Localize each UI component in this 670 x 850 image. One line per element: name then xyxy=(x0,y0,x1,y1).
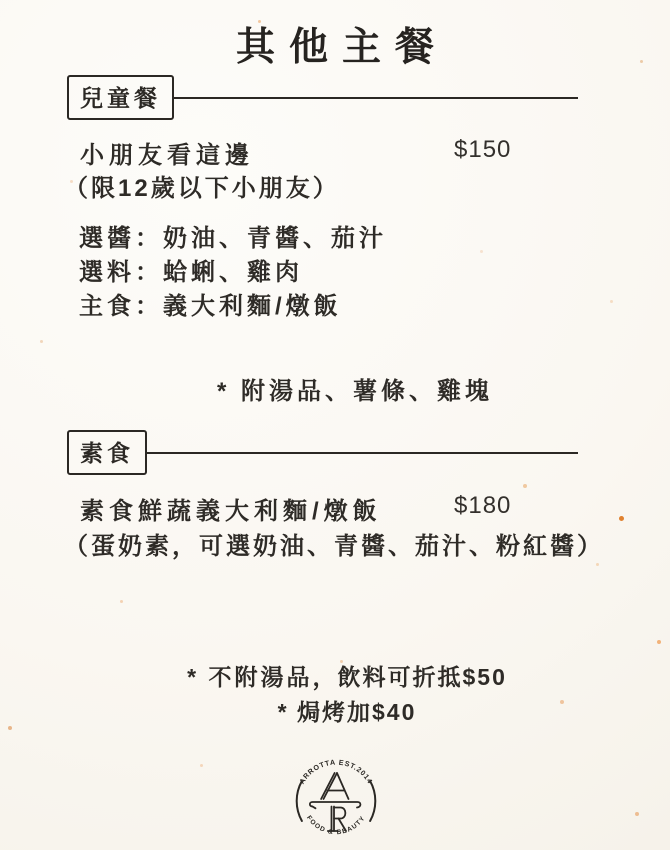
option-line-sauce: 選醬：奶油、青醬、茄汁 xyxy=(79,222,599,256)
paper-speck xyxy=(596,563,599,566)
restaurant-logo-badge: ARROTTA EST.2014 FOOD & BEAUTY xyxy=(289,754,383,848)
badge-right-arc xyxy=(370,781,375,821)
item-price: $150 xyxy=(454,136,511,164)
item-options: 選醬：奶油、青醬、茄汁 選料：蛤蜊、雞肉 主食：義大利麵/燉飯 xyxy=(79,222,599,324)
section-divider-line xyxy=(174,97,578,99)
item-price: $180 xyxy=(454,492,511,520)
footnote-rest-part: ，飲料可折抵$50 xyxy=(312,664,506,690)
item-subtitle: （限12歲以下小朋友） xyxy=(64,168,624,203)
item-subtitle: （蛋奶素，可選奶油、青醬、茄汁、粉紅醬） xyxy=(64,526,624,561)
item-name: 小朋友看這邊 xyxy=(80,142,254,169)
paper-speck xyxy=(610,300,613,303)
section-label-kids: 兒童餐 xyxy=(67,75,174,120)
logo-monogram xyxy=(310,773,361,831)
logo-svg: ARROTTA EST.2014 FOOD & BEAUTY xyxy=(289,754,383,848)
footnote-bold-part: * 不附湯品 xyxy=(187,664,312,690)
option-line-topping: 選料：蛤蜊、雞肉 xyxy=(79,256,599,290)
item-name: 素食鮮蔬義大利麵/燉飯 xyxy=(80,498,382,525)
section-label-vegetarian: 素食 xyxy=(67,430,147,475)
kids-meal-note: * 附湯品、薯條、雞塊 xyxy=(0,371,670,406)
section-header-vegetarian: 素食 xyxy=(67,430,578,475)
footnote-gratin: * 焗烤加$40 xyxy=(0,694,670,727)
paper-speck xyxy=(40,340,43,343)
paper-speck xyxy=(120,600,123,603)
menu-item-vegetarian: 素食鮮蔬義大利麵/燉飯 $180 xyxy=(80,491,578,519)
badge-left-arc xyxy=(297,781,302,821)
paper-speck xyxy=(619,516,624,521)
footnote-soup: * 不附湯品，飲料可折抵$50 xyxy=(0,659,670,692)
logo-top-text: ARROTTA EST.2014 xyxy=(297,758,375,786)
paper-speck xyxy=(200,764,203,767)
paper-speck xyxy=(635,812,639,816)
paper-speck xyxy=(523,484,527,488)
paper-speck xyxy=(657,640,661,644)
section-header-kids: 兒童餐 xyxy=(67,75,578,120)
page-title: 其他主餐 xyxy=(0,16,670,72)
menu-item-kids: 小朋友看這邊 $150 xyxy=(80,135,578,163)
option-line-staple: 主食：義大利麵/燉飯 xyxy=(79,290,599,324)
menu-page: 其他主餐 兒童餐 小朋友看這邊 $150 （限12歲以下小朋友） 選醬：奶油、青… xyxy=(0,0,670,850)
section-divider-line xyxy=(147,452,578,454)
